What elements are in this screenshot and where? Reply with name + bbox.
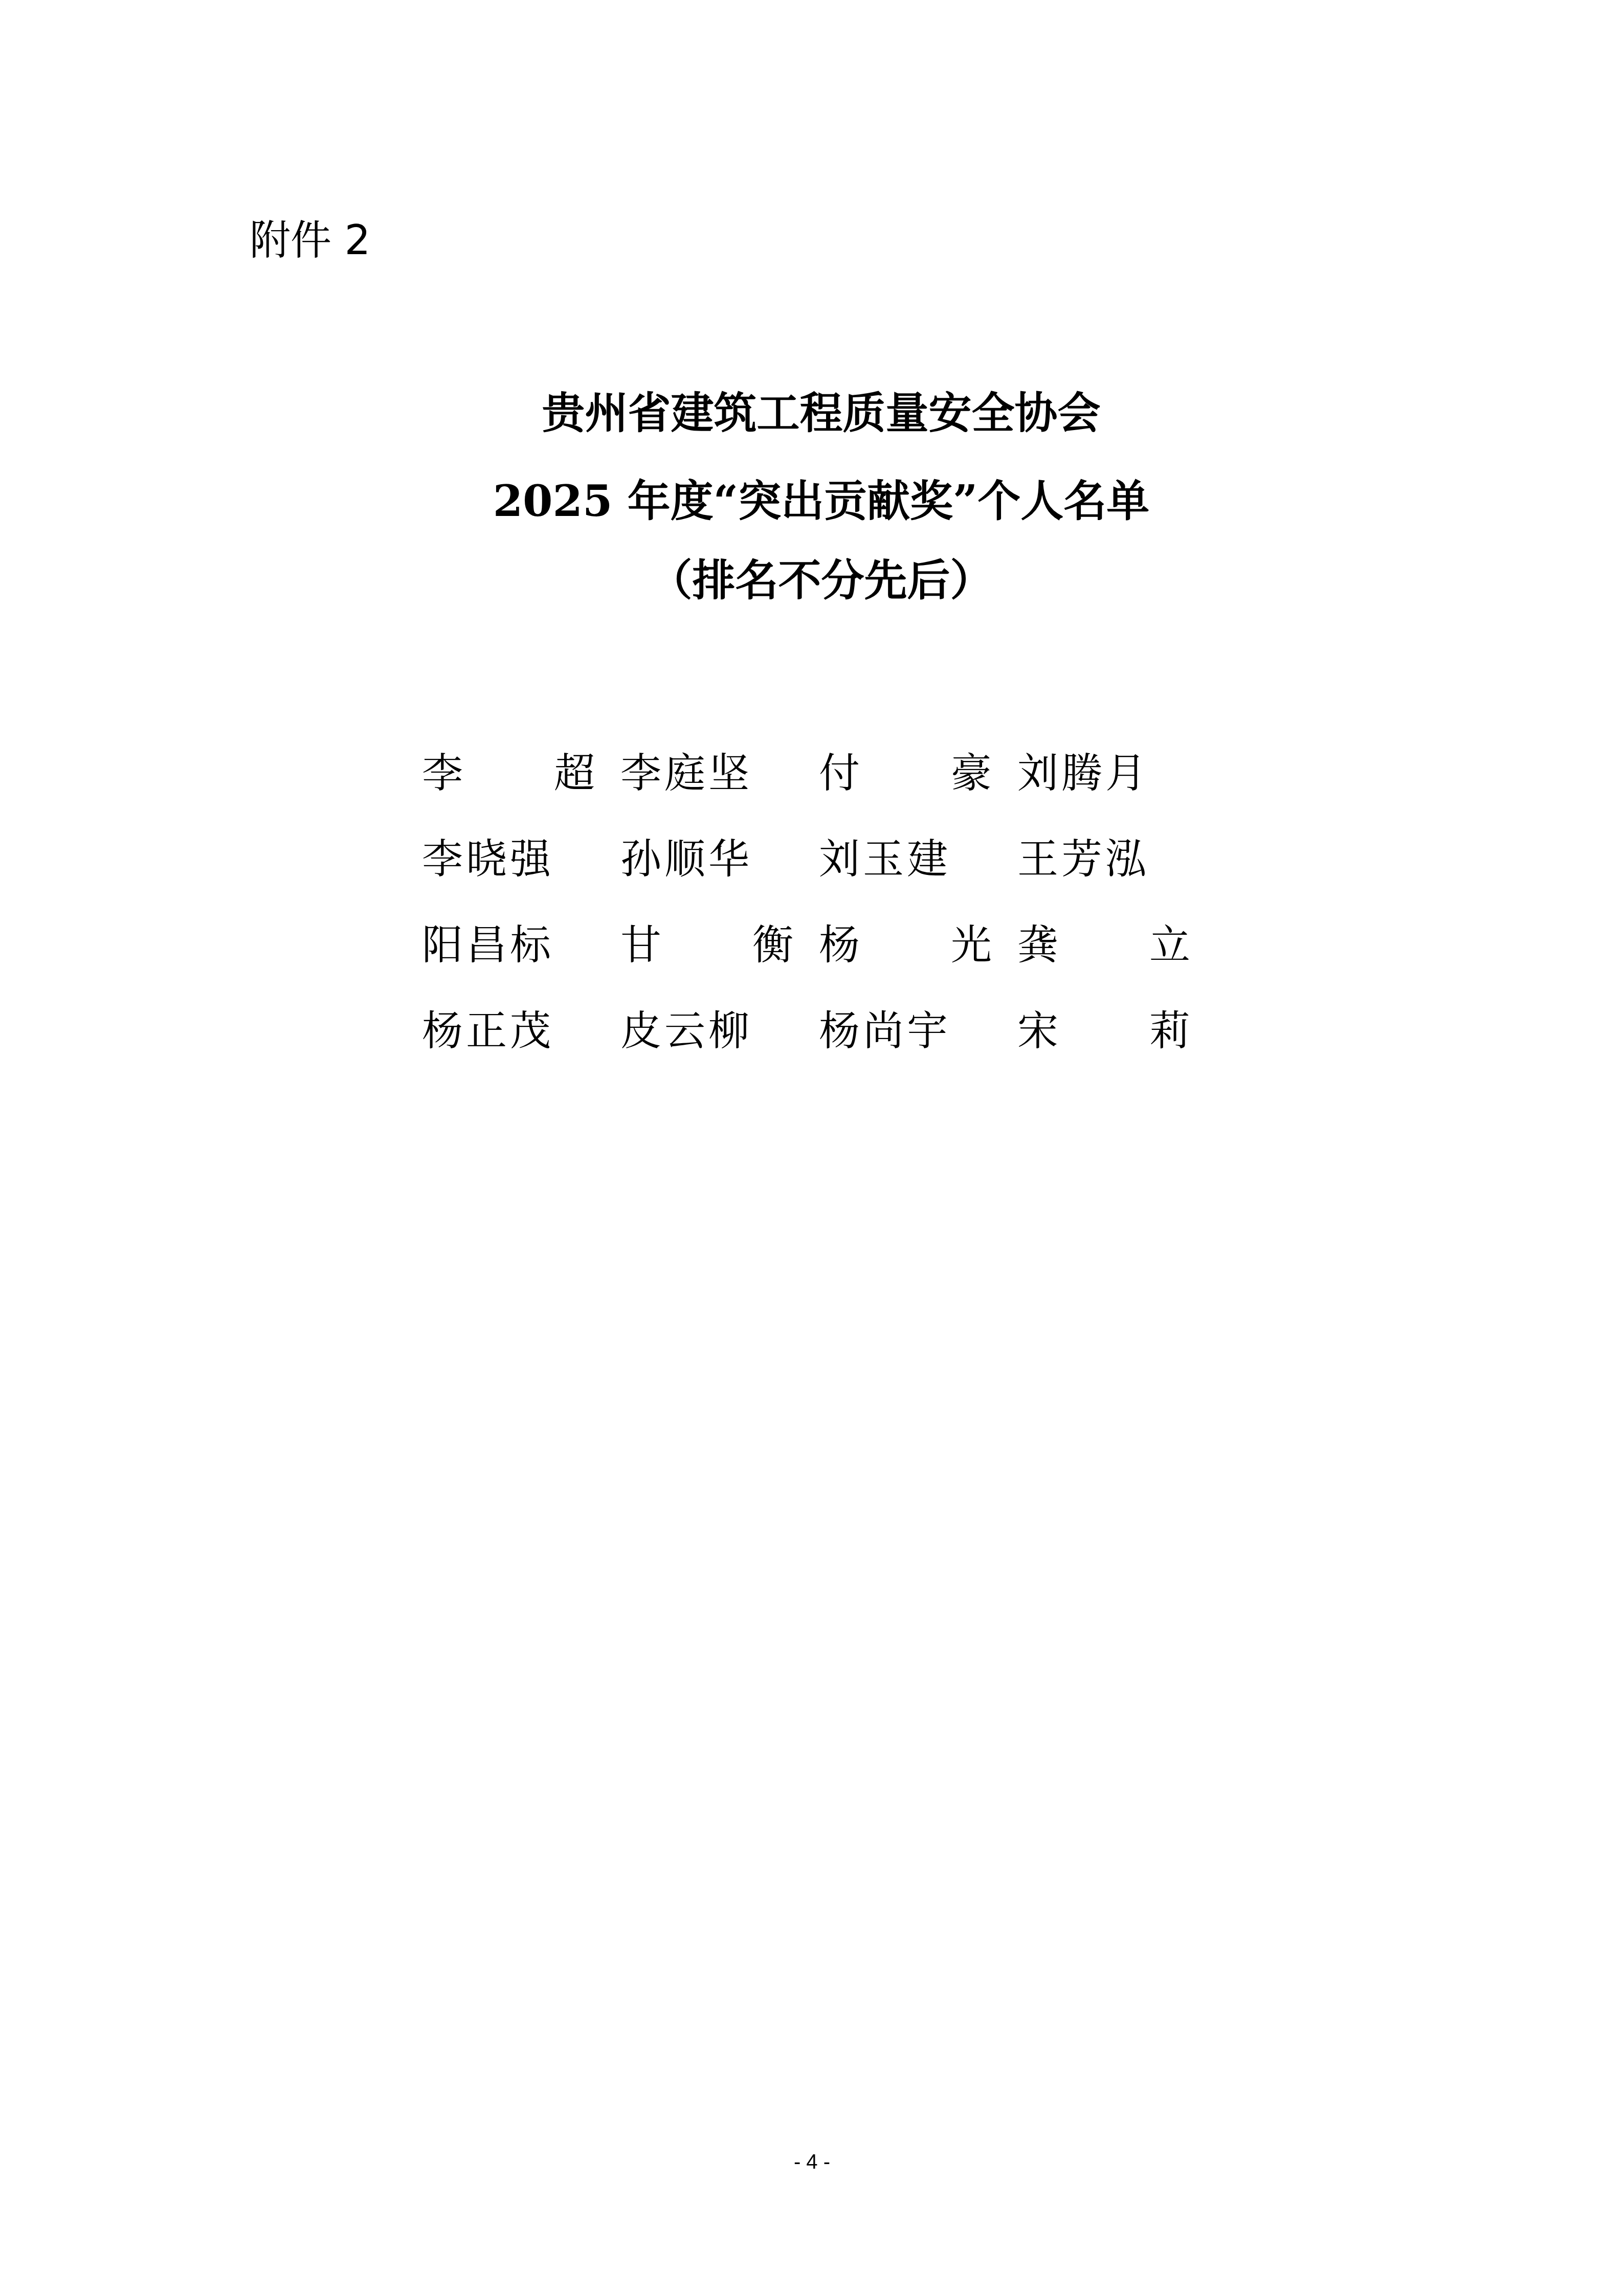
name-item: 龚 立 [1017, 912, 1216, 971]
title-line-award: 2025 年度“突出贡献奖”个人名单 [9, 476, 1624, 527]
name-item: 李 超 [422, 740, 620, 799]
name-item: 刘玉建 [819, 826, 1017, 885]
name-item: 杨 光 [819, 912, 1017, 971]
name-item: 刘腾月 [1017, 740, 1216, 799]
name-row: 阳昌标 甘 衡 杨 光 龚 立 [422, 898, 1216, 984]
name-item: 孙顺华 [620, 826, 819, 885]
name-item: 王芳泓 [1017, 826, 1216, 885]
name-row: 李晓强 孙顺华 刘玉建 王芳泓 [422, 812, 1216, 898]
name-item: 李晓强 [422, 826, 620, 885]
name-item: 阳昌标 [422, 912, 620, 971]
name-item: 付 豪 [819, 740, 1017, 799]
title-line-organization: 贵州省建筑工程质量安全协会 [9, 388, 1624, 439]
attachment-label: 附件 2 [250, 212, 370, 268]
name-item: 杨尚宇 [819, 998, 1017, 1056]
name-row: 李 超 李庭坚 付 豪 刘腾月 [422, 726, 1216, 812]
page-number: - 4 - [0, 2148, 1624, 2176]
name-item: 杨正茂 [422, 998, 620, 1056]
name-item: 宋 莉 [1017, 998, 1216, 1056]
name-list: 李 超 李庭坚 付 豪 刘腾月 李晓强 孙顺华 刘玉建 王芳泓 阳昌标 甘 衡 … [422, 726, 1216, 1070]
name-item: 李庭坚 [620, 740, 819, 799]
name-item: 甘 衡 [620, 912, 819, 971]
title-line-note: （排名不分先后） [9, 555, 1624, 606]
name-row: 杨正茂 皮云柳 杨尚宇 宋 莉 [422, 984, 1216, 1070]
name-item: 皮云柳 [620, 998, 819, 1056]
